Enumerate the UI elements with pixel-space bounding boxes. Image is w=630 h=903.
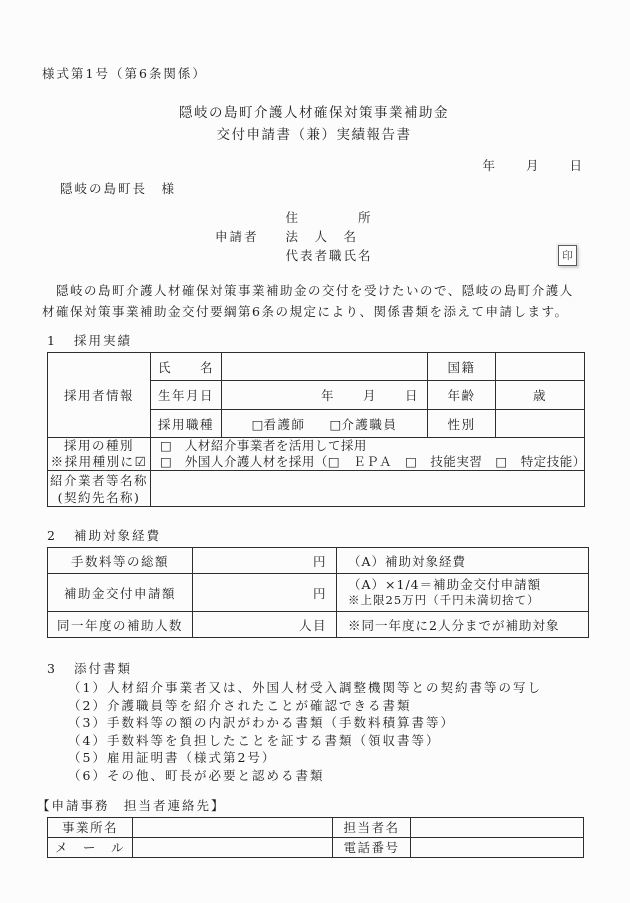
section1-number: 1 [47, 333, 57, 348]
job-type-label: 採用職種 [151, 410, 222, 438]
applicant-label: 申請者 [215, 208, 259, 265]
table-row: メ ー ル 電話番号 [48, 838, 584, 858]
section2-heading: 2補助対象経費 [47, 527, 586, 544]
name-label: 氏 名 [151, 353, 222, 381]
attachment-item-4: （4）手数料等を負担したことを証する書類（領収書等） [68, 732, 586, 750]
nurse-option: □看護師 [252, 415, 306, 433]
section2-title: 補助対象経費 [74, 528, 161, 543]
agency-name-label-line-2: (契約先名称) [48, 489, 150, 506]
recruit-type-option-2: □外国人介護人材を採用（□ ＥＰＡ □ 技能実習 □ 特定技能） [160, 454, 584, 470]
date-field[interactable]: 年 月 日 [42, 157, 586, 175]
careworker-option-label: 介護職員 [341, 417, 397, 432]
applicant-address-field[interactable]: 住 所 [286, 208, 378, 227]
recruit-type-label-line-1: 採用の種別 [48, 438, 150, 454]
job-options-cell: □看護師 □介護職員 [222, 410, 428, 438]
careworker-option: □介護職員 [330, 415, 398, 433]
title-line-1: 隠岐の島町介護人材確保対策事業補助金 [42, 102, 586, 124]
title-line-2: 交付申請書（兼）実績報告書 [42, 124, 586, 146]
agency-name-label: 紹介業者等名称 (契約先名称) [48, 471, 151, 507]
fee-total-note: （A）補助対象経費 [337, 548, 589, 574]
gender-label: 性別 [428, 410, 496, 438]
grant-request-note-line-1: （A）×1/4＝補助金交付申請額 [348, 577, 588, 593]
table-row: 同一年度の補助人数 人目 ※同一年度に2人分までが補助対象 [48, 612, 589, 638]
contact-person-label: 担当者名 [333, 818, 411, 838]
applicant-fields: 住 所 法 人 名 代表者職氏名 [286, 208, 378, 265]
contact-table: 事業所名 担当者名 メ ー ル 電話番号 [47, 817, 584, 858]
office-name-label: 事業所名 [48, 818, 133, 838]
attachment-item-2: （2）介護職員等を紹介されたことが確認できる書類 [68, 697, 586, 715]
agency-name-field[interactable] [151, 471, 585, 507]
table-row: 事業所名 担当者名 [48, 818, 584, 838]
section3-title: 添付書類 [74, 661, 132, 676]
recruit-type-option-1: □人材紹介事業者を活用して採用 [160, 438, 584, 454]
office-name-field[interactable] [133, 818, 333, 838]
body-paragraph-line-2: 材確保対策事業補助金交付要綱第6条の規定により、関係書類を添えて申請します。 [42, 301, 586, 322]
subsidized-count-field[interactable]: 人目 [193, 612, 337, 638]
fee-total-label: 手数料等の総額 [48, 548, 193, 574]
addressee: 隠岐の島町長 様 [42, 180, 586, 198]
birth-date-field[interactable]: 年 月 日 [222, 381, 428, 410]
table-row: 手数料等の総額 円 （A）補助対象経費 [48, 548, 589, 574]
name-field[interactable] [222, 353, 428, 381]
recruit-type-label: 採用の種別 ※採用種別に☑ [48, 438, 151, 471]
attachment-item-5: （5）雇用証明書（様式第2号） [68, 749, 586, 767]
table-row: 紹介業者等名称 (契約先名称) [48, 471, 585, 507]
seal-mark-icon: 印 [558, 245, 577, 266]
gender-field[interactable] [496, 410, 585, 438]
birth-label: 生年月日 [151, 381, 222, 410]
table-row: 補助金交付申請額 円 （A）×1/4＝補助金交付申請額 ※上限25万円（千円未満… [48, 574, 589, 612]
foreign-recruit-option-label: 外国人介護人材を採用（□ ＥＰＡ □ 技能実習 □ 特定技能） [185, 454, 585, 469]
attachment-item-6: （6）その他、町長が必要と認める書類 [68, 767, 586, 785]
subsidized-count-label: 同一年度の補助人数 [48, 612, 193, 638]
checkbox-foreign-recruit-icon[interactable]: □ [160, 454, 172, 469]
checkbox-agency-recruit-icon[interactable]: □ [160, 438, 172, 453]
attachment-item-3: （3）手数料等の額の内訳がわかる書類（手数料積算書等） [68, 714, 586, 732]
recruit-info-group-label: 採用者情報 [48, 353, 151, 438]
phone-field[interactable] [411, 838, 584, 858]
checkbox-nurse-icon[interactable]: □ [252, 417, 264, 432]
contact-section-heading: 【申請事務 担当者連絡先】 [37, 797, 586, 814]
attachment-list: （1）人材紹介事業者又は、外国人材受入調整機関等との契約書等の写し （2）介護職… [68, 679, 586, 784]
age-field[interactable]: 歳 [496, 381, 585, 410]
grant-request-note-line-2: ※上限25万円（千円未満切捨て） [348, 593, 588, 609]
contact-person-field[interactable] [411, 818, 584, 838]
expenses-table: 手数料等の総額 円 （A）補助対象経費 補助金交付申請額 円 （A）×1/4＝補… [47, 547, 589, 638]
grant-request-amount-field[interactable]: 円 [193, 574, 337, 612]
section1-title: 採用実績 [74, 333, 132, 348]
age-label: 年齢 [428, 381, 496, 410]
fee-total-amount-field[interactable]: 円 [193, 548, 337, 574]
table-row: 採用の種別 ※採用種別に☑ □人材紹介事業者を活用して採用 □外国人介護人材を採… [48, 438, 585, 471]
table-row: 採用者情報 氏 名 国籍 [48, 353, 585, 381]
mail-field[interactable] [133, 838, 333, 858]
grant-request-note: （A）×1/4＝補助金交付申請額 ※上限25万円（千円未満切捨て） [337, 574, 589, 612]
section3-heading: 3添付書類 [47, 660, 586, 677]
phone-label: 電話番号 [333, 838, 411, 858]
form-page: 様式第1号（第6条関係） 隠岐の島町介護人材確保対策事業補助金 交付申請書（兼）… [0, 0, 630, 903]
agency-name-label-line-1: 紹介業者等名称 [48, 472, 150, 489]
nationality-label: 国籍 [428, 353, 496, 381]
body-paragraph: 隠岐の島町介護人材確保対策事業補助金の交付を受けたいので、隠岐の島町介護人 材確… [42, 280, 586, 322]
grant-request-label: 補助金交付申請額 [48, 574, 193, 612]
nurse-option-label: 看護師 [263, 417, 305, 432]
attachment-item-1: （1）人材紹介事業者又は、外国人材受入調整機関等との契約書等の写し [68, 679, 586, 697]
section1-heading: 1採用実績 [47, 332, 586, 349]
section3-number: 3 [47, 661, 57, 676]
section2-number: 2 [47, 528, 57, 543]
document-title: 隠岐の島町介護人材確保対策事業補助金 交付申請書（兼）実績報告書 [42, 102, 586, 146]
recruit-type-label-line-2: ※採用種別に☑ [48, 454, 150, 470]
applicant-block: 申請者 住 所 法 人 名 代表者職氏名 [215, 208, 586, 265]
subsidized-count-note: ※同一年度に2人分までが補助対象 [337, 612, 589, 638]
applicant-representative-field[interactable]: 代表者職氏名 [286, 246, 378, 265]
recruit-type-options-cell: □人材紹介事業者を活用して採用 □外国人介護人材を採用（□ ＥＰＡ □ 技能実習… [151, 438, 585, 471]
agency-recruit-option-label: 人材紹介事業者を活用して採用 [185, 438, 367, 453]
nationality-field[interactable] [496, 353, 585, 381]
form-number: 様式第1号（第6条関係） [42, 66, 586, 82]
checkbox-careworker-icon[interactable]: □ [330, 417, 342, 432]
mail-label: メ ー ル [48, 838, 133, 858]
applicant-corporation-field[interactable]: 法 人 名 [286, 227, 378, 246]
recruitment-table: 採用者情報 氏 名 国籍 生年月日 年 月 日 年齢 歳 採用職種 □看護師 □… [47, 352, 585, 507]
body-paragraph-line-1: 隠岐の島町介護人材確保対策事業補助金の交付を受けたいので、隠岐の島町介護人 [42, 280, 586, 301]
